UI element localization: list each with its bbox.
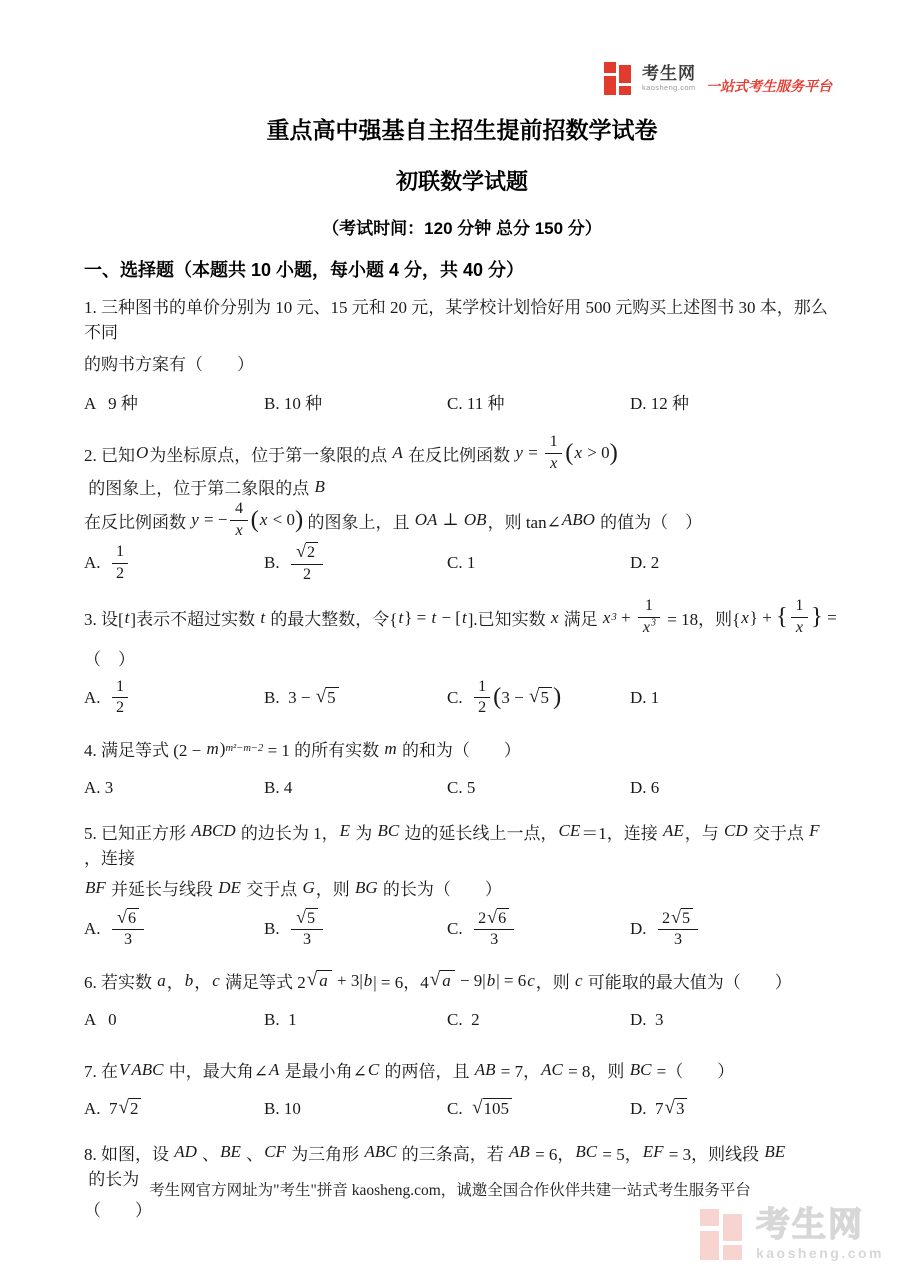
math-radical: √2 <box>119 1098 142 1119</box>
math-variable: m <box>206 739 220 759</box>
option-d: D. 1 <box>630 688 840 708</box>
math-variable: BG <box>354 878 379 898</box>
text-run: A. <box>84 553 109 573</box>
text-run: ， <box>167 968 184 993</box>
text-run: 并延长与线段 <box>107 875 218 900</box>
math-variable: x <box>740 608 750 628</box>
text-run: 的图象上，且 <box>303 508 414 533</box>
option-d: D. 3 <box>630 1010 840 1030</box>
kaosheng-logo-icon <box>604 60 636 96</box>
text-run: = 3，则线段 <box>665 1140 764 1165</box>
text-run: （ ） <box>84 645 135 670</box>
text-run: 6 <box>128 910 136 927</box>
logo-domain: kaosheng.com <box>642 84 696 92</box>
text-run: | = 6 <box>496 971 526 991</box>
text-run: ]表示不超过实数 <box>130 605 259 630</box>
text-run: ， <box>194 968 211 993</box>
math-radical: √6 <box>117 908 139 928</box>
question-line: 2. 已知O为坐标原点，位于第一象限的点 A 在反比例函数 y = 1x(x >… <box>84 432 840 499</box>
math-variable: AB <box>508 1142 531 1162</box>
math-variable: O <box>135 443 149 463</box>
math-variable: t <box>397 608 404 628</box>
question-line: （ ） <box>84 639 840 677</box>
text-run: 6 <box>498 910 506 927</box>
big-bracket: ) <box>553 685 561 710</box>
fraction-denominator: 3 <box>112 930 144 950</box>
option-a: A. √63 <box>84 907 264 951</box>
text-run: 2 <box>116 699 124 716</box>
text-run: 的边长为 1， <box>237 819 339 844</box>
math-variable: CF <box>263 1142 287 1162</box>
text-run: B. 4 <box>264 778 292 798</box>
text-run: C. 1 <box>447 553 475 573</box>
math-variable: BE <box>219 1142 242 1162</box>
text-run: 的值为（ ） <box>596 508 702 533</box>
option-c: C. 11 种 <box>447 389 630 414</box>
math-variable: AD <box>173 1142 198 1162</box>
text-run: 可能取的最大值为（ ） <box>584 968 792 993</box>
text-run: （ ） <box>84 1196 152 1221</box>
text-run: = <box>823 608 837 628</box>
math-variable: OA <box>414 510 439 530</box>
math-variable: c <box>211 971 221 991</box>
math-fraction: √63 <box>112 908 144 950</box>
math-fraction: 4x <box>230 500 247 540</box>
text-run: + 3| <box>333 971 363 991</box>
text-run: 4. 满足等式 (2 − <box>84 736 206 761</box>
text-run: 的图象上，位于第二象限的点 <box>84 474 314 499</box>
radicand: 5 <box>326 687 339 708</box>
text-run: = 7， <box>497 1057 541 1082</box>
math-radical: √a <box>430 970 455 991</box>
fraction-denominator: x <box>230 521 247 541</box>
text-run: 边的延长线上一点， <box>400 819 557 844</box>
option-a: A 0 <box>84 1010 264 1030</box>
options-row: A. 12B. 3 − √5C. 12(3 − √5)D. 1 <box>84 677 840 719</box>
questions-list: 1. 三种图书的单价分别为 10 元、15 元和 20 元，某学校计划恰好用 5… <box>84 293 840 1228</box>
text-run: 1 <box>550 433 558 450</box>
question-6: 6. 若实数 a，b，c 满足等式 2√a + 3|b| = 6，4√a − 9… <box>84 962 840 1040</box>
math-variable: a <box>156 971 167 991</box>
option-b: B. 3 − √5 <box>264 687 447 708</box>
radical-sign: √ <box>472 1098 482 1118</box>
text-run: 1. 三种图书的单价分别为 10 元、15 元和 20 元，某学校计划恰好用 5… <box>84 293 840 343</box>
logo-tagline: 一站式考生服务平台 <box>706 76 832 96</box>
radical-sign: √ <box>119 1098 129 1118</box>
math-variable: ABCD <box>190 821 236 841</box>
option-b: B. 4 <box>264 778 447 798</box>
text-run: 2 <box>478 699 486 716</box>
text-run: 、 <box>198 1140 219 1165</box>
text-run: B. <box>264 553 288 573</box>
radical-sign: √ <box>665 1098 675 1118</box>
math-variable: AB <box>474 1060 497 1080</box>
radicand: 6 <box>497 908 509 928</box>
text-run: = 1 的所有实数 <box>263 736 383 761</box>
text-run: ＝1，连接 <box>581 819 662 844</box>
math-variable: t <box>124 608 131 628</box>
text-run: 的长为（ ） <box>379 875 502 900</box>
text-run: A 0 <box>84 1010 117 1030</box>
math-variable: t <box>461 608 468 628</box>
text-run: 5 <box>327 688 336 707</box>
logo-block <box>700 1231 719 1260</box>
text-run: ，则 <box>536 968 574 993</box>
math-variable: x <box>234 522 243 539</box>
text-run: = 5， <box>598 1140 642 1165</box>
question-line: 3. 设[t]表示不超过实数 t 的最大整数，令{t} = t − [t].已知… <box>84 596 840 638</box>
text-run: 满足等式 2 <box>221 968 306 993</box>
text-run: ，则 tan∠ <box>488 508 561 533</box>
question-line: BF 并延长与线段 DE 交于点 G，则 BG 的长为（ ） <box>84 869 840 907</box>
text-run: 的最大整数，令{ <box>266 605 397 630</box>
big-bracket: ( <box>493 685 501 710</box>
math-fraction: 12 <box>112 678 128 718</box>
question-4: 4. 满足等式 (2 − m)m²−m−2 = 1 的所有实数 m 的和为（ ）… <box>84 730 840 808</box>
fraction-numerator: 1 <box>545 433 562 454</box>
big-bracket: } <box>811 605 823 630</box>
text-run: 6. 若实数 <box>84 968 156 993</box>
text-run: 1 <box>645 597 653 614</box>
option-b: B. √53 <box>264 907 447 951</box>
text-run: 为坐标原点，位于第一象限的点 <box>149 441 391 466</box>
text-run: 5 <box>540 688 549 707</box>
text-run: 的和为（ ） <box>398 736 521 761</box>
math-radical: √3 <box>665 1098 688 1119</box>
fraction-denominator: 2 <box>112 564 128 584</box>
option-b: B. 10 种 <box>264 389 447 414</box>
text-run: 3 − <box>501 688 528 708</box>
text-run: 4 <box>235 500 243 517</box>
radical-sign: √ <box>529 687 539 707</box>
logo-block <box>619 65 631 83</box>
fraction-numerator: √5 <box>291 908 323 931</box>
radicand: a <box>440 970 455 991</box>
math-radical: √5 <box>316 687 339 708</box>
math-variable: ABC <box>363 1142 397 1162</box>
text-run: } = <box>404 608 430 628</box>
math-variable: G <box>301 878 315 898</box>
fraction-numerator: √6 <box>112 908 144 931</box>
section-heading: 一、选择题（本题共 10 小题，每小题 4 分，共 40 分） <box>84 239 840 282</box>
fraction-numerator: 4 <box>230 500 247 521</box>
math-variable: DE <box>217 878 242 898</box>
math-variable: t <box>259 608 266 628</box>
text-run: D. 1 <box>630 688 659 708</box>
superscript: 3 <box>651 618 656 629</box>
text-run: D. 12 种 <box>630 389 689 414</box>
math-variable: y <box>514 443 524 463</box>
text-run: ].已知实数 <box>468 605 550 630</box>
text-run: = − <box>200 510 228 530</box>
text-run: A 9 种 <box>84 389 138 414</box>
kaosheng-watermark: 考生网 kaosheng.com <box>700 1206 884 1262</box>
question-5: 5. 已知正方形 ABCD 的边长为 1，E 为 BC 边的延长线上一点，CE＝… <box>84 819 840 951</box>
fraction-numerator: 1 <box>791 597 808 618</box>
text-run: 为三角形 <box>287 1140 364 1165</box>
exam-info: （考试时间：120 分钟 总分 150 分） <box>84 196 840 239</box>
option-d: D. 7√3 <box>630 1098 840 1119</box>
text-run: 2 <box>130 1099 139 1118</box>
text-run: B. 10 种 <box>264 389 322 414</box>
logo-text: 考生网 kaosheng.com <box>642 65 696 92</box>
math-variable: x <box>550 608 560 628</box>
text-run: 105 <box>484 1099 510 1118</box>
logo-block <box>619 86 631 95</box>
math-variable: c <box>574 971 584 991</box>
text-run: D. <box>630 919 655 939</box>
text-run: 5. 已知正方形 <box>84 819 190 844</box>
math-variable: BF <box>84 878 107 898</box>
math-fraction: 1x <box>545 433 562 473</box>
math-fraction: 2√53 <box>658 908 698 950</box>
math-variable: F <box>808 821 820 841</box>
text-run: C. 5 <box>447 778 475 798</box>
text-run: + <box>617 608 635 628</box>
math-variable: E <box>339 821 351 841</box>
option-c: C. 2 <box>447 1010 630 1030</box>
math-variable: A <box>268 1060 280 1080</box>
text-run: B. <box>264 919 288 939</box>
text-run: C. <box>447 1099 471 1119</box>
math-variable: b <box>486 971 497 991</box>
big-bracket: ) <box>295 508 303 533</box>
math-fraction: √22 <box>291 542 323 584</box>
logo-block <box>723 1214 742 1241</box>
text-run: 8. 如图，设 <box>84 1140 173 1165</box>
math-variable: t <box>430 608 437 628</box>
math-variable: OB <box>463 510 488 530</box>
math-fraction: √53 <box>291 908 323 950</box>
fraction-denominator: 3 <box>658 930 698 950</box>
option-d: D. 12 种 <box>630 389 840 414</box>
option-c: C. 1 <box>447 553 630 573</box>
option-a: A. 12 <box>84 677 264 719</box>
option-c: C. 5 <box>447 778 630 798</box>
footer-text: 考生网官方网址为"考生"拼音 kaosheng.com，诚邀全国合作伙伴共建一站… <box>149 1182 751 1199</box>
text-run: =（ ） <box>652 1057 734 1082</box>
math-variable: b <box>363 971 374 991</box>
fraction-denominator: x3 <box>638 618 660 638</box>
text-run: 、 <box>242 1140 263 1165</box>
text-run: D. 6 <box>630 778 659 798</box>
text-run: 5 <box>682 910 690 927</box>
text-run: 7. 在 <box>84 1057 118 1082</box>
fraction-numerator: 1 <box>112 678 128 699</box>
math-variable: CE <box>558 821 582 841</box>
site-header: 考生网 kaosheng.com 一站式考生服务平台 <box>604 60 832 96</box>
radical-sign: √ <box>117 908 127 927</box>
radicand: 105 <box>483 1098 513 1119</box>
watermark-brand: 考生网 <box>756 1208 884 1242</box>
math-variable: BC <box>574 1142 598 1162</box>
text-run: 5 <box>307 910 315 927</box>
math-radical: √5 <box>529 687 552 708</box>
question-3: 3. 设[t]表示不超过实数 t 的最大整数，令{t} = t − [t].已知… <box>84 596 840 718</box>
option-d: D. 2√53 <box>630 907 840 951</box>
text-run: D. 3 <box>630 1010 664 1030</box>
text-run: 3 <box>676 1099 685 1118</box>
math-radical: √6 <box>487 908 509 928</box>
question-line: 5. 已知正方形 ABCD 的边长为 1，E 为 BC 边的延长线上一点，CE＝… <box>84 819 840 869</box>
text-run: 是最小角∠ <box>280 1057 367 1082</box>
radical-sign: √ <box>671 908 681 927</box>
math-variable: EF <box>642 1142 665 1162</box>
text-run: ，则 <box>316 875 354 900</box>
options-row: A. 12B. √22C. 1D. 2 <box>84 541 840 585</box>
options-row: A 9 种B. 10 种C. 11 种D. 12 种 <box>84 381 840 421</box>
option-a: A. 12 <box>84 542 264 584</box>
text-run: − 9| <box>456 971 486 991</box>
exam-page: 考生网 kaosheng.com 一站式考生服务平台 重点高中强基自主招生提前招… <box>0 0 900 1272</box>
options-row: A. 7√2B. 10C. √105D. 7√3 <box>84 1089 840 1129</box>
radicand: 3 <box>675 1098 688 1119</box>
question-2: 2. 已知O为坐标原点，位于第一象限的点 A 在反比例函数 y = 1x(x >… <box>84 432 840 585</box>
text-run: 3 <box>303 931 311 948</box>
math-fraction: 12 <box>112 543 128 583</box>
radical-sign: √ <box>296 542 306 561</box>
math-fraction: 12 <box>474 678 490 718</box>
fraction-numerator: 2√5 <box>658 908 698 931</box>
question-1: 1. 三种图书的单价分别为 10 元、15 元和 20 元，某学校计划恰好用 5… <box>84 293 840 421</box>
text-run: 2 <box>116 565 124 582</box>
radical-sign: √ <box>316 687 326 707</box>
math-variable: B <box>314 477 326 497</box>
text-run: < 0 <box>268 510 295 530</box>
math-variable: m <box>383 739 397 759</box>
math-variable: c <box>526 971 536 991</box>
watermark-text: 考生网 kaosheng.com <box>756 1208 884 1260</box>
radicand: 5 <box>539 687 552 708</box>
option-c: C. 12(3 − √5) <box>447 677 630 719</box>
math-variable: a <box>441 971 452 990</box>
fraction-denominator: 2 <box>112 698 128 718</box>
text-run: 1 <box>478 678 486 695</box>
text-run: 1 <box>795 597 803 614</box>
big-bracket: ( <box>565 441 573 466</box>
math-radical: √2 <box>296 542 318 562</box>
text-run: C. 2 <box>447 1010 480 1030</box>
math-radical: √5 <box>671 908 693 928</box>
text-run: 的两倍，且 <box>380 1057 474 1082</box>
option-a: A. 7√2 <box>84 1098 264 1119</box>
big-bracket: ( <box>251 508 259 533</box>
text-run: ⊥ <box>438 510 463 530</box>
text-run: 2 <box>307 544 315 561</box>
math-variable: y <box>190 510 200 530</box>
text-run: = 6， <box>531 1140 575 1165</box>
fraction-denominator: 3 <box>474 930 514 950</box>
text-run: 3. 设[ <box>84 605 124 630</box>
document-content: 重点高中强基自主招生提前招数学试卷 初联数学试题 （考试时间：120 分钟 总分… <box>0 0 900 1228</box>
text-run: 2 <box>478 910 486 927</box>
radical-sign: √ <box>296 908 306 927</box>
math-variable: AC <box>540 1060 564 1080</box>
text-run: − [ <box>437 608 461 628</box>
text-run: 在反比例函数 <box>404 441 515 466</box>
text-run: 为 <box>351 819 377 844</box>
fraction-denominator: x <box>791 618 808 638</box>
math-variable: b <box>184 971 195 991</box>
question-line: 7. 在VABC 中，最大角∠A 是最小角∠C 的两倍，且 AB = 7，AC … <box>84 1051 840 1089</box>
watermark-logo-icon <box>700 1206 748 1262</box>
radicand: 5 <box>681 908 693 928</box>
logo-block <box>604 62 616 73</box>
text-run: = 8，则 <box>564 1057 629 1082</box>
text-run: } + <box>750 608 776 628</box>
question-line: 1. 三种图书的单价分别为 10 元、15 元和 20 元，某学校计划恰好用 5… <box>84 293 840 343</box>
math-variable: V <box>118 1060 130 1080</box>
option-a: A 9 种 <box>84 389 264 414</box>
question-line: 4. 满足等式 (2 − m)m²−m−2 = 1 的所有实数 m 的和为（ ） <box>84 730 840 768</box>
logo-block <box>723 1245 742 1260</box>
fraction-numerator: 2√6 <box>474 908 514 931</box>
text-run: C. <box>447 919 471 939</box>
math-variable: A <box>392 443 404 463</box>
math-variable: x <box>549 455 558 472</box>
text-run: ，与 <box>685 819 723 844</box>
text-run: 2 <box>303 566 311 583</box>
math-variable: x <box>642 619 651 636</box>
option-b: B. 1 <box>264 1010 447 1030</box>
exam-subtitle: 初联数学试题 <box>84 145 840 196</box>
math-fraction: 1x <box>791 597 808 637</box>
math-variable: a <box>318 971 329 990</box>
radicand: 2 <box>129 1098 142 1119</box>
option-b: B. 10 <box>264 1099 447 1119</box>
watermark-domain: kaosheng.com <box>756 1246 884 1260</box>
question-line: 在反比例函数 y = −4x(x < 0) 的图象上，且 OA ⊥ OB，则 t… <box>84 499 840 541</box>
option-a: A. 3 <box>84 778 264 798</box>
logo-block <box>700 1209 719 1226</box>
text-run: A. 7 <box>84 1099 118 1119</box>
fraction-numerator: 1 <box>638 597 660 618</box>
math-radical: √a <box>307 970 332 991</box>
text-run: 1 <box>116 678 124 695</box>
logo-block <box>604 76 616 95</box>
text-run: 满足 <box>559 605 602 630</box>
page-footer: 考生网官方网址为"考生"拼音 kaosheng.com，诚邀全国合作伙伴共建一站… <box>0 1178 900 1200</box>
options-row: A 0B. 1C. 2D. 3 <box>84 1000 840 1040</box>
text-run: A. 3 <box>84 778 113 798</box>
text-run: | = 6，4 <box>373 968 429 993</box>
options-row: A. √63B. √53C. 2√63D. 2√53 <box>84 907 840 951</box>
text-run: 1 <box>116 543 124 560</box>
option-d: D. 6 <box>630 778 840 798</box>
radical-sign: √ <box>307 970 317 990</box>
text-run: B. 3 − <box>264 688 315 708</box>
text-run: B. 10 <box>264 1099 301 1119</box>
math-variable: AE <box>662 821 685 841</box>
big-bracket: ) <box>610 441 618 466</box>
math-variable: x <box>573 443 583 463</box>
math-variable: BE <box>763 1142 786 1162</box>
text-run: 2. 已知 <box>84 441 135 466</box>
logo-brand: 考生网 <box>642 65 696 82</box>
text-run: = 18，则{ <box>663 605 740 630</box>
option-d: D. 2 <box>630 553 840 573</box>
option-c: C. 2√63 <box>447 907 630 951</box>
math-fraction: 1x3 <box>638 597 660 637</box>
text-run: B. 1 <box>264 1010 297 1030</box>
text-run: 中，最大角∠ <box>165 1057 269 1082</box>
math-variable: C <box>367 1060 380 1080</box>
fraction-denominator: 2 <box>474 698 490 718</box>
text-run: A. <box>84 919 109 939</box>
fraction-numerator: √2 <box>291 542 323 565</box>
question-line: 的购书方案有（ ） <box>84 343 840 381</box>
radicand: 6 <box>127 908 139 928</box>
